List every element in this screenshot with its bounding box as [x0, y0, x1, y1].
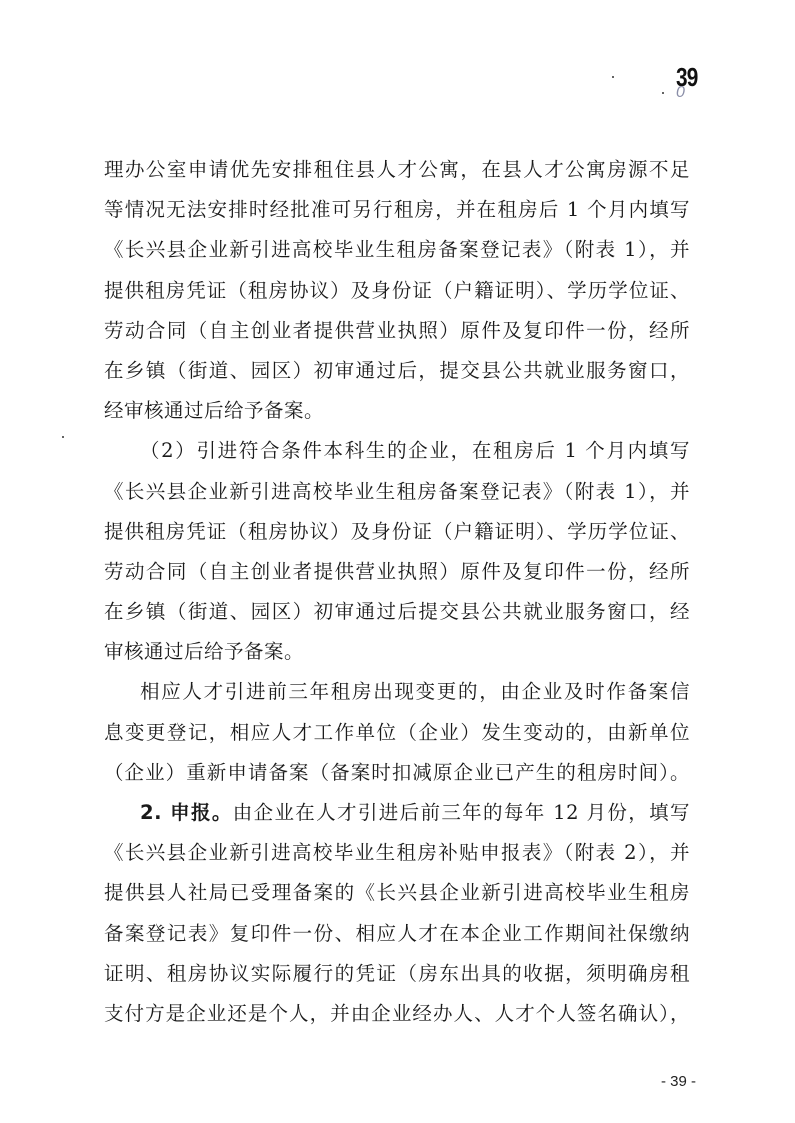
- text-line: 经审核通过后给予备案。: [104, 391, 690, 431]
- text-line: 劳动合同（自主创业者提供营业执照）原件及复印件一份，经所: [104, 311, 690, 351]
- text-line: 劳动合同（自主创业者提供营业执照）原件及复印件一份，经所: [104, 552, 690, 592]
- text-line: 审核通过后给予备案。: [104, 632, 690, 672]
- text-line: 《长兴县企业新引进高校毕业生租房备案登记表》（附表 1），并: [104, 472, 690, 512]
- page-number: - 39 -: [661, 1073, 696, 1090]
- text-line: 等情况无法安排时经批准可另行租房，并在租房后 1 个月内填写: [104, 190, 690, 230]
- paragraph-4: 2. 申报。由企业在人才引进后前三年的每年 12 月份，填写 《长兴县企业新引进…: [104, 793, 690, 1034]
- text-line: 提供租房凭证（租房协议）及身份证（户籍证明）、学历学位证、: [104, 271, 690, 311]
- text-line: 在乡镇（街道、园区）初审通过后，提交县公共就业服务窗口，: [104, 351, 690, 391]
- text-line: 提供租房凭证（租房协议）及身份证（户籍证明）、学历学位证、: [104, 512, 690, 552]
- scan-speck: [612, 76, 614, 78]
- section-heading: 2. 申报。: [140, 801, 233, 824]
- text-span: 由企业在人才引进后前三年的每年 12 月份，填写: [233, 801, 690, 824]
- paragraph-2: （2）引进符合条件本科生的企业，在租房后 1 个月内填写 《长兴县企业新引进高校…: [104, 431, 690, 672]
- document-body: 理办公室申请优先安排租住县人才公寓，在县人才公寓房源不足 等情况无法安排时经批准…: [104, 150, 690, 1034]
- text-line: 2. 申报。由企业在人才引进后前三年的每年 12 月份，填写: [104, 793, 690, 833]
- text-line: 备案登记表》复印件一份、相应人才在本企业工作期间社保缴纳: [104, 914, 690, 954]
- text-line: 提供县人社局已受理备案的《长兴县企业新引进高校毕业生租房: [104, 873, 690, 913]
- text-line: 相应人才引进前三年租房出现变更的，由企业及时作备案信: [104, 672, 690, 712]
- text-line: 息变更登记，相应人才工作单位（企业）发生变动的，由新单位: [104, 713, 690, 753]
- text-line: （企业）重新申请备案（备案时扣减原企业已产生的租房时间）。: [104, 753, 690, 793]
- text-line: 证明、租房协议实际履行的凭证（房东出具的收据，须明确房租: [104, 954, 690, 994]
- text-line: 支付方是企业还是个人，并由企业经办人、人才个人签名确认），: [104, 994, 690, 1034]
- text-line: 《长兴县企业新引进高校毕业生租房备案登记表》（附表 1），并: [104, 230, 690, 270]
- text-line: 在乡镇（街道、园区）初审通过后提交县公共就业服务窗口，经: [104, 592, 690, 632]
- text-line: 理办公室申请优先安排租住县人才公寓，在县人才公寓房源不足: [104, 150, 690, 190]
- text-line: 《长兴县企业新引进高校毕业生租房补贴申报表》（附表 2），并: [104, 833, 690, 873]
- page-stamp-sub: 0: [676, 84, 685, 102]
- paragraph-3: 相应人才引进前三年租房出现变更的，由企业及时作备案信 息变更登记，相应人才工作单…: [104, 672, 690, 793]
- scan-speck: [62, 436, 64, 438]
- scan-speck: [662, 92, 664, 94]
- paragraph-1: 理办公室申请优先安排租住县人才公寓，在县人才公寓房源不足 等情况无法安排时经批准…: [104, 150, 690, 431]
- text-line: （2）引进符合条件本科生的企业，在租房后 1 个月内填写: [104, 431, 690, 471]
